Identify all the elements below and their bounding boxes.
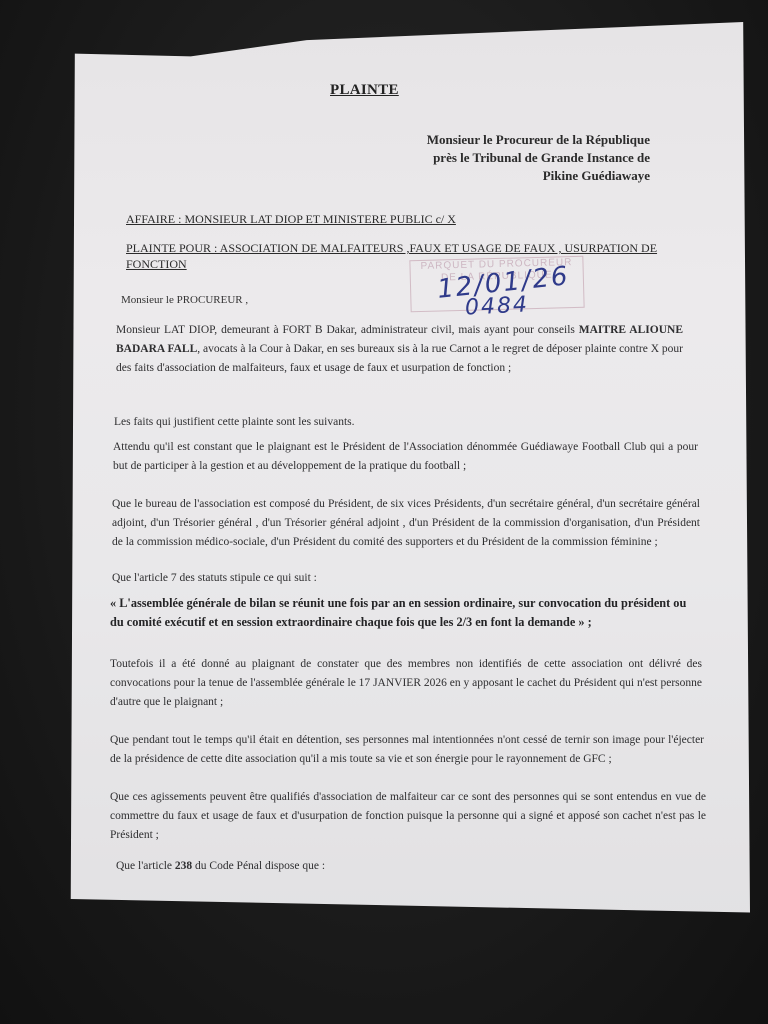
article-number: 238 (175, 860, 192, 872)
paragraph-detention: Que pendant tout le temps qu'il était en… (110, 731, 704, 769)
intro-paragraph: Monsieur LAT DIOP, demeurant à FORT B Da… (116, 321, 683, 378)
statute-quote: « L'assemblée générale de bilan se réuni… (110, 594, 700, 632)
addressee-line: près le Tribunal de Grande Instance de (427, 149, 650, 167)
salutation: Monsieur le PROCUREUR , (121, 294, 248, 306)
addressee-block: Monsieur le Procureur de la République p… (427, 131, 650, 185)
paragraph-article-238: Que l'article 238 du Code Pénal dispose … (116, 857, 616, 876)
complaint-subject: PLAINTE POUR : ASSOCIATION DE MALFAITEUR… (126, 240, 666, 272)
paragraph-bureau: Que le bureau de l'association est compo… (112, 495, 700, 552)
paragraph-attendu: Attendu qu'il est constant que le plaign… (113, 438, 698, 476)
handwritten-registration-number: 0484 (464, 292, 529, 320)
paragraph-agissements: Que ces agissements peuvent être qualifi… (110, 788, 706, 845)
article-text: du Code Pénal dispose que : (192, 860, 325, 872)
paragraph-toutefois: Toutefois il a été donné au plaignant de… (110, 655, 702, 712)
intro-text: Monsieur LAT DIOP, demeurant à FORT B Da… (116, 324, 579, 336)
article-text: Que l'article (116, 860, 175, 872)
document-title: PLAINTE (330, 82, 399, 99)
addressee-line: Pikine Guédiawaye (427, 167, 650, 185)
case-heading: AFFAIRE : MONSIEUR LAT DIOP ET MINISTERE… (126, 212, 456, 227)
complaint-document: PLAINTE Monsieur le Procureur de la Répu… (0, 0, 768, 1024)
facts-intro: Les faits qui justifient cette plainte s… (114, 413, 694, 432)
intro-text: , avocats à la Cour à Dakar, en ses bure… (116, 343, 683, 374)
paragraph-article-7: Que l'article 7 des statuts stipule ce q… (112, 569, 700, 588)
addressee-line: Monsieur le Procureur de la République (427, 131, 650, 149)
